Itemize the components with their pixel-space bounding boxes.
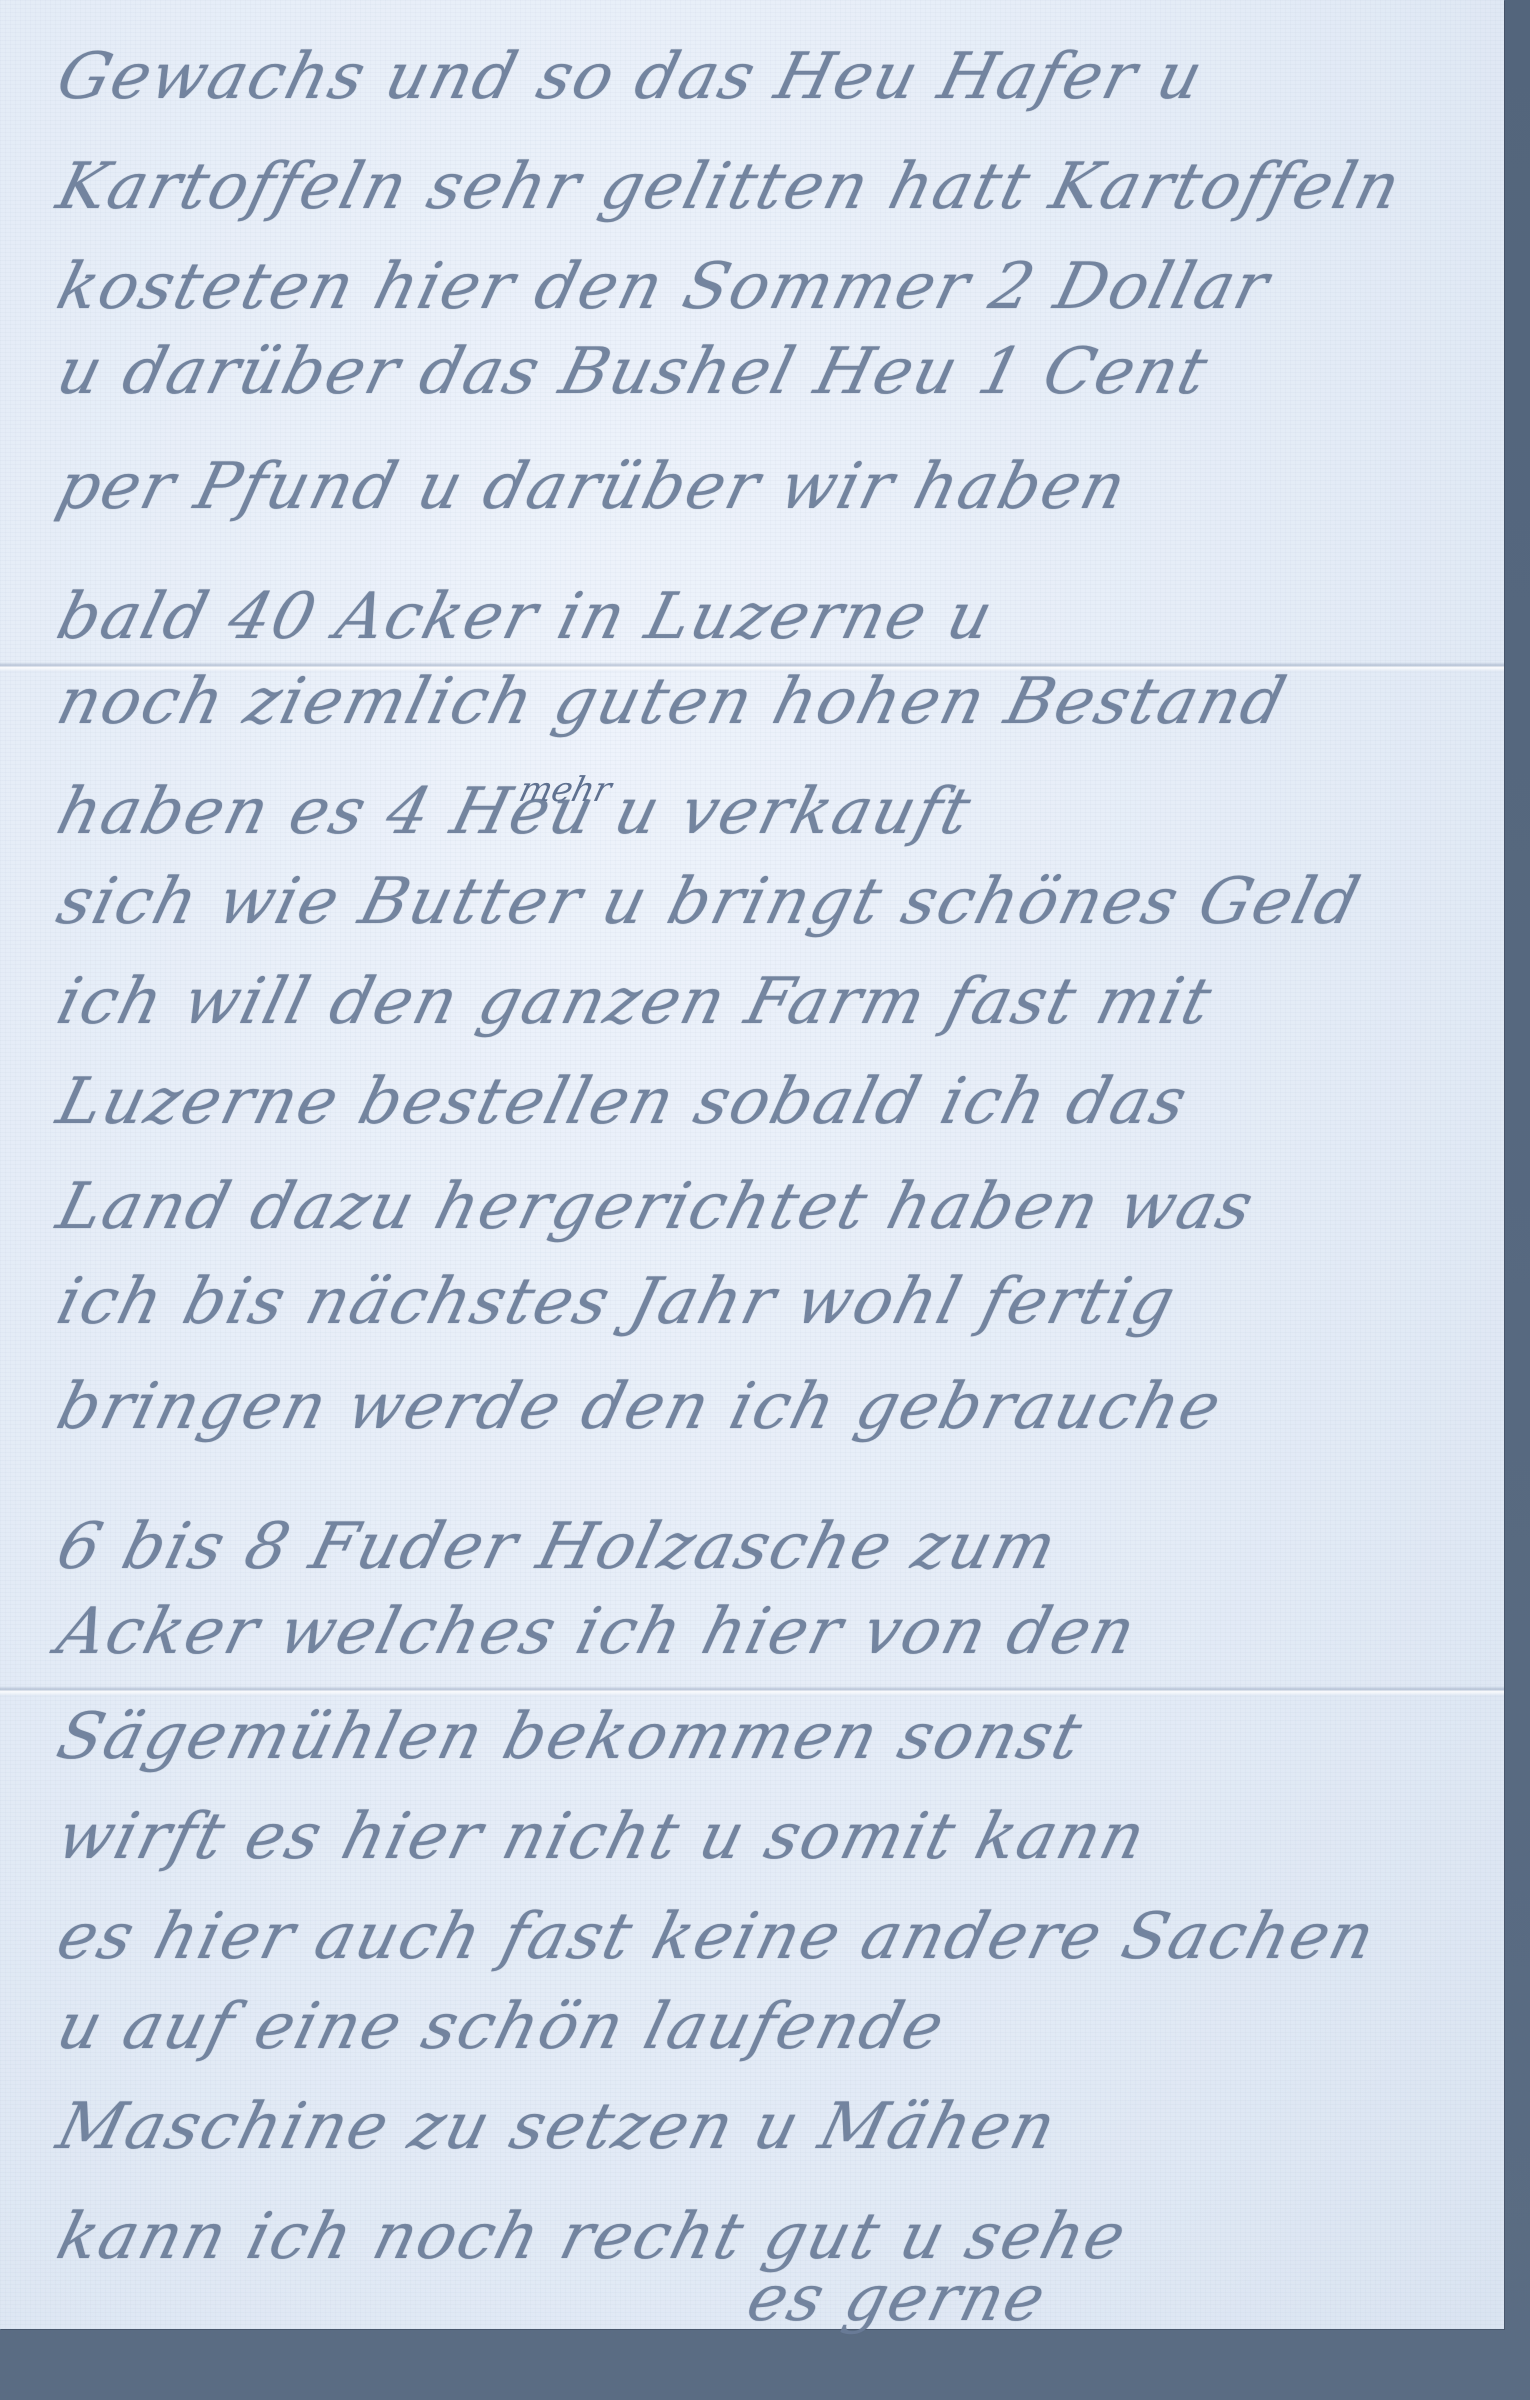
handwritten-line: sich wie Butter u bringt schönes Geld [50,865,1368,939]
handwritten-line: haben es 4 Heu u verkauft [50,775,979,849]
handwritten-line: Land dazu hergerichtet haben was [50,1170,1262,1244]
handwritten-line: wirft es hier nicht u somit kann [50,1800,1154,1874]
handwritten-line: u darüber das Bushel Heu 1 Cent [50,335,1216,409]
handwritten-line: Kartoffeln sehr gelitten hatt Kartoffeln [50,150,1409,224]
handwritten-line: Sägemühlen bekommen sonst [50,1700,1090,1774]
handwritten-line: ich will den ganzen Farm fast mit [50,965,1220,1039]
handwritten-line: u auf eine schön laufende [50,1990,953,2064]
handwritten-line: Maschine zu setzen u Mähen [50,2090,1064,2164]
handwritten-line: Gewachs und so das Heu Hafer u [50,40,1211,114]
letter-page: Gewachs und so das Heu Hafer u Kartoffel… [0,0,1504,2329]
handwritten-line: noch ziemlich guten hohen Bestand [50,665,1294,739]
handwritten-line: es hier auch fast keine andere Sachen [50,1900,1383,1974]
handwritten-line: ich bis nächstes Jahr wohl fertig [50,1265,1184,1339]
handwritten-line: es gerne [740,2262,1054,2336]
handwritten-line: bringen werde den ich gebrauche [50,1370,1230,1444]
handwritten-line: Acker welches ich hier von den [50,1595,1144,1669]
handwritten-line: 6 bis 8 Fuder Holzasche zum [50,1510,1065,1584]
handwritten-line: per Pfund u darüber wir haben [50,450,1135,524]
handwritten-line: kosteten hier den Sommer 2 Dollar [50,250,1277,324]
handwritten-line: Luzerne bestellen sobald ich das [50,1065,1196,1139]
fold-crease [0,1686,1504,1696]
handwritten-line: bald 40 Acker in Luzerne u [50,580,1001,654]
